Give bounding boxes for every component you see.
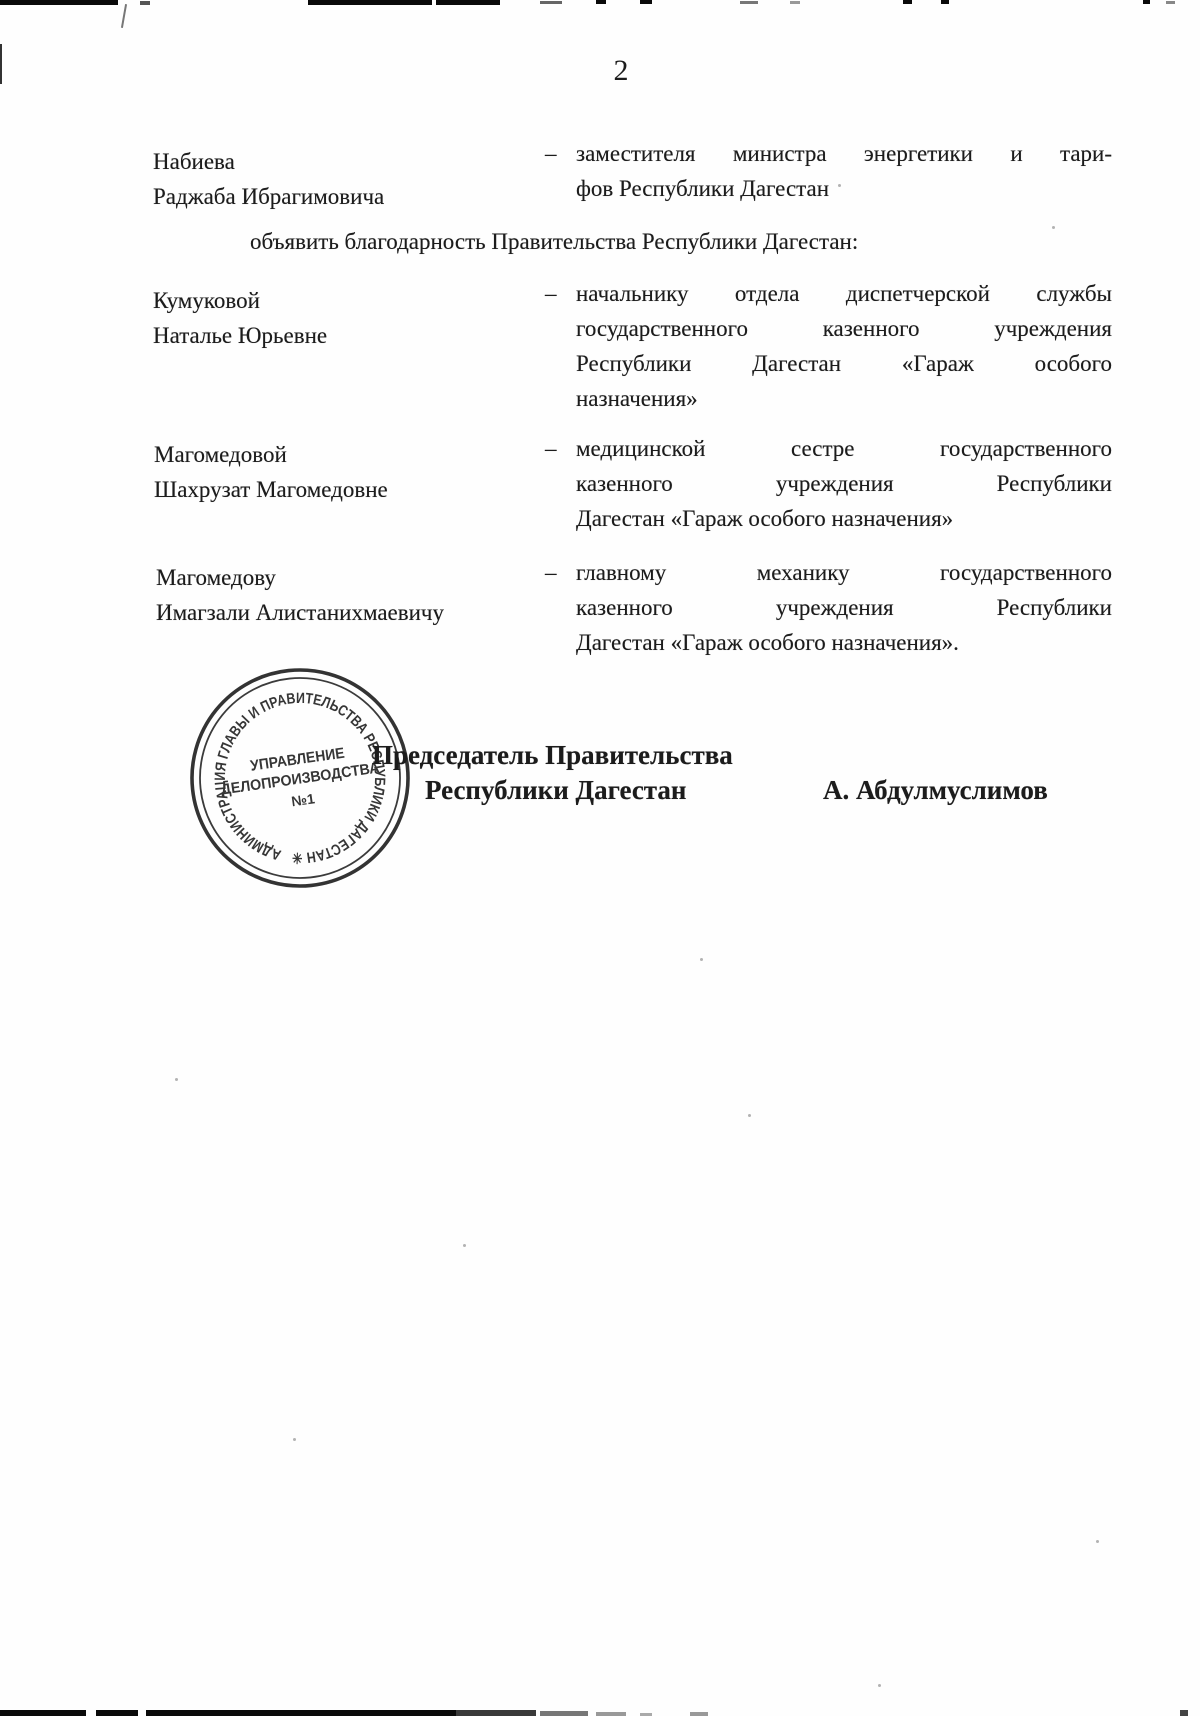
position-line: казенного учреждения Республики xyxy=(576,466,1112,501)
signer-title-line-2: Республики Дагестан xyxy=(425,773,686,808)
awardee-position-1: – заместителя министра энергетики и тари… xyxy=(545,136,1112,206)
position-line: назначения» xyxy=(576,381,1112,416)
awardee-position-4: – главному механику государственного каз… xyxy=(545,555,1112,660)
position-line: Дагестан «Гараж особого назначения». xyxy=(576,625,1112,660)
awardee-name-line: Раджаба Ибрагимовича xyxy=(153,179,545,214)
dash-separator: – xyxy=(545,276,576,311)
dash-separator: – xyxy=(545,136,576,171)
awardee-name-line: Наталье Юрьевне xyxy=(153,318,545,353)
awardee-position-2: – начальнику отдела диспетчерской службы… xyxy=(545,276,1112,416)
signer-name: А. Абдулмуслимов xyxy=(823,773,1048,808)
signer-title-line-1: Председатель Правительства xyxy=(372,738,733,773)
stamp-center-text: УПРАВЛЕНИЕ ДЕЛОПРОИЗВОДСТВА №1 xyxy=(217,740,384,819)
awardee-name-3: Магомедовой Шахрузат Магомедовне xyxy=(154,437,546,507)
awardee-name-line: Магомедову xyxy=(156,560,548,595)
official-round-stamp: АДМИНИСТРАЦИЯ ГЛАВЫ И ПРАВИТЕЛЬСТВА РЕСП… xyxy=(168,646,432,910)
stamp-center-line-3: №1 xyxy=(290,790,316,809)
page-number: 2 xyxy=(0,56,1200,86)
position-line: начальнику отдела диспетчерской службы xyxy=(576,276,1112,311)
awardee-name-2: Кумуковой Наталье Юрьевне xyxy=(153,283,545,353)
stamp-seal-graphic: АДМИНИСТРАЦИЯ ГЛАВЫ И ПРАВИТЕЛЬСТВА РЕСП… xyxy=(168,646,432,910)
awardee-name-4: Магомедову Имагзали Алистанихмаевичу xyxy=(156,560,548,630)
awardee-position-3: – медицинской сестре государственного ка… xyxy=(545,431,1112,536)
awardee-name-line: Кумуковой xyxy=(153,283,545,318)
awardee-name-line: Магомедовой xyxy=(154,437,546,472)
position-line: государственного казенного учреждения xyxy=(576,311,1112,346)
position-line: Республики Дагестан «Гараж особого xyxy=(576,346,1112,381)
position-line: казенного учреждения Республики xyxy=(576,590,1112,625)
position-line: медицинской сестре государственного xyxy=(576,431,1112,466)
position-line: фов Республики Дагестан xyxy=(576,171,1112,206)
position-text: начальнику отдела диспетчерской службы г… xyxy=(576,276,1112,416)
dash-separator: – xyxy=(545,431,576,466)
awardee-name-line: Имагзали Алистанихмаевичу xyxy=(156,595,548,630)
awardee-name-1: Набиева Раджаба Ибрагимовича xyxy=(153,144,545,214)
position-line: главному механику государственного xyxy=(576,555,1112,590)
position-text: заместителя министра энергетики и тари- … xyxy=(576,136,1112,206)
awardee-name-line: Шахрузат Магомедовне xyxy=(154,472,546,507)
awardee-name-line: Набиева xyxy=(153,144,545,179)
position-line: Дагестан «Гараж особого назначения» xyxy=(576,501,1112,536)
resolution-line: объявить благодарность Правительства Рес… xyxy=(250,224,858,259)
position-text: главному механику государственного казен… xyxy=(576,555,1112,660)
dash-separator: – xyxy=(545,555,576,590)
position-line: заместителя министра энергетики и тари- xyxy=(576,136,1112,171)
position-text: медицинской сестре государственного казе… xyxy=(576,431,1112,536)
scanned-document-page: 2 Набиева Раджаба Ибрагимовича – замести… xyxy=(0,0,1200,1716)
